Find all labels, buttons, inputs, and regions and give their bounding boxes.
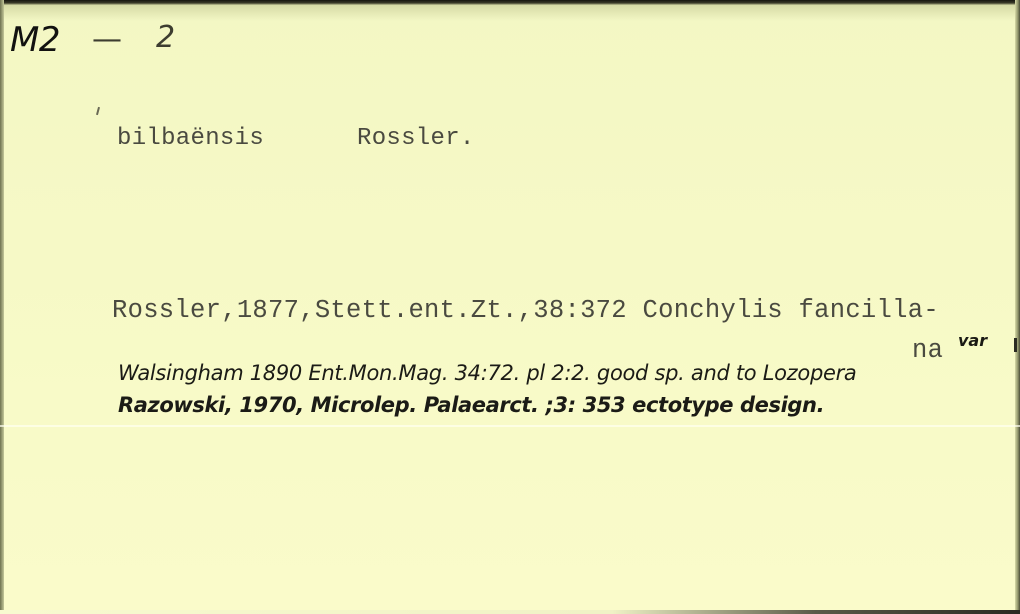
citation-line-2: na — [912, 336, 943, 365]
species-name: bilbaënsis — [117, 125, 264, 152]
margin-mark — [1014, 338, 1017, 352]
catalog-number: 2 — [156, 20, 175, 55]
card-left-edge — [0, 0, 4, 614]
card-top-shade — [0, 5, 1020, 21]
species-author: Rossler. — [357, 125, 475, 152]
pencil-mark — [96, 107, 100, 115]
catalog-code: M2 — [10, 20, 60, 60]
catalog-dash: — — [92, 22, 122, 57]
handwritten-note-1: Walsingham 1890 Ent.Mon.Mag. 34:72. pl 2… — [118, 361, 857, 385]
variety-annotation: var — [958, 331, 987, 350]
card-bottom-edge — [0, 610, 1020, 614]
scan-line — [0, 425, 1020, 427]
handwritten-note-2: Razowski, 1970, Microlep. Palaearct. ;3:… — [118, 393, 824, 417]
citation-line-1: Rossler,1877,Stett.ent.Zt.,38:372 Conchy… — [112, 296, 939, 325]
card-right-edge — [1015, 0, 1020, 614]
index-card: M2 — 2 bilbaënsis Rossler. Rossler,1877,… — [0, 0, 1020, 614]
